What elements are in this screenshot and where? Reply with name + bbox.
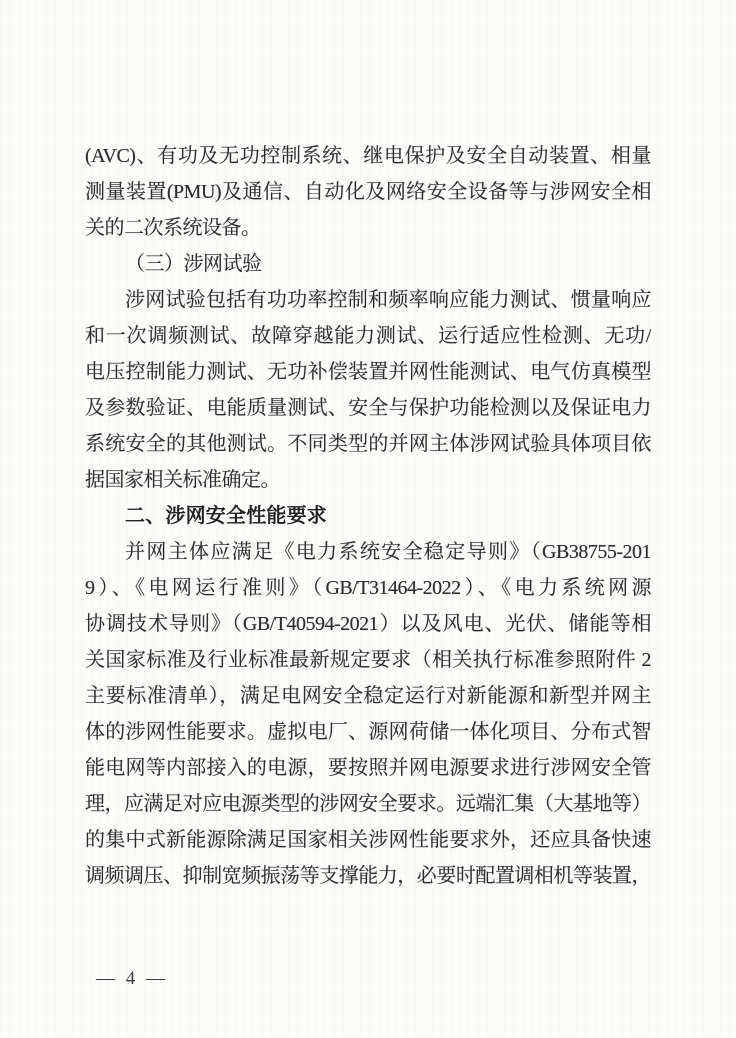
text-line: 调频调压、抑制宽频振荡等支撑能力，必要时配置调相机等装置， xyxy=(85,858,651,894)
text-line: 能电网等内部接入的电源，要按照并网电源要求进行涉网安全管 xyxy=(85,750,651,786)
text-line: 涉网试验包括有功功率控制和频率响应能力测试、惯量响应 xyxy=(85,282,651,318)
text-line: 体的涉网性能要求。虚拟电厂、源网荷储一体化项目、分布式智 xyxy=(85,714,651,750)
text-line: 和一次调频测试、故障穿越能力测试、运行适应性检测、无功/ xyxy=(85,318,651,354)
section-heading: 二、涉网安全性能要求 xyxy=(85,498,651,534)
text-line: 并网主体应满足《电力系统安全稳定导则》（GB38755-201 xyxy=(85,534,651,570)
document-body: (AVC)、有功及无功控制系统、继电保护及安全自动装置、相量测量装置(PMU)及… xyxy=(85,138,651,894)
text-line: 9）、《电网运行准则》（GB/T31464-2022）、《电力系统网源 xyxy=(85,570,651,606)
subsection-heading: （三）涉网试验 xyxy=(85,246,651,282)
text-line: 系统安全的其他测试。不同类型的并网主体涉网试验具体项目依 xyxy=(85,426,651,462)
text-line: 及参数验证、电能质量测试、安全与保护功能检测以及保证电力 xyxy=(85,390,651,426)
text-line: 关的二次系统设备。 xyxy=(85,210,651,246)
page-number: — 4 — xyxy=(96,968,168,990)
text-line: 据国家相关标准确定。 xyxy=(85,462,651,498)
document-page: (AVC)、有功及无功控制系统、继电保护及安全自动装置、相量测量装置(PMU)及… xyxy=(0,0,736,1038)
text-line: 的集中式新能源除满足国家相关涉网性能要求外，还应具备快速 xyxy=(85,822,651,858)
text-line: 测量装置(PMU)及通信、自动化及网络安全设备等与涉网安全相 xyxy=(85,174,651,210)
text-line: 主要标准清单），满足电网安全稳定运行对新能源和新型并网主 xyxy=(85,678,651,714)
text-line: 电压控制能力测试、无功补偿装置并网性能测试、电气仿真模型 xyxy=(85,354,651,390)
text-line: (AVC)、有功及无功控制系统、继电保护及安全自动装置、相量 xyxy=(85,138,651,174)
text-line: 协调技术导则》（GB/T40594-2021）以及风电、光伏、储能等相 xyxy=(85,606,651,642)
text-line: 理，应满足对应电源类型的涉网安全要求。远端汇集（大基地等） xyxy=(85,786,651,822)
text-line: 关国家标准及行业标准最新规定要求（相关执行标准参照附件 2 xyxy=(85,642,651,678)
